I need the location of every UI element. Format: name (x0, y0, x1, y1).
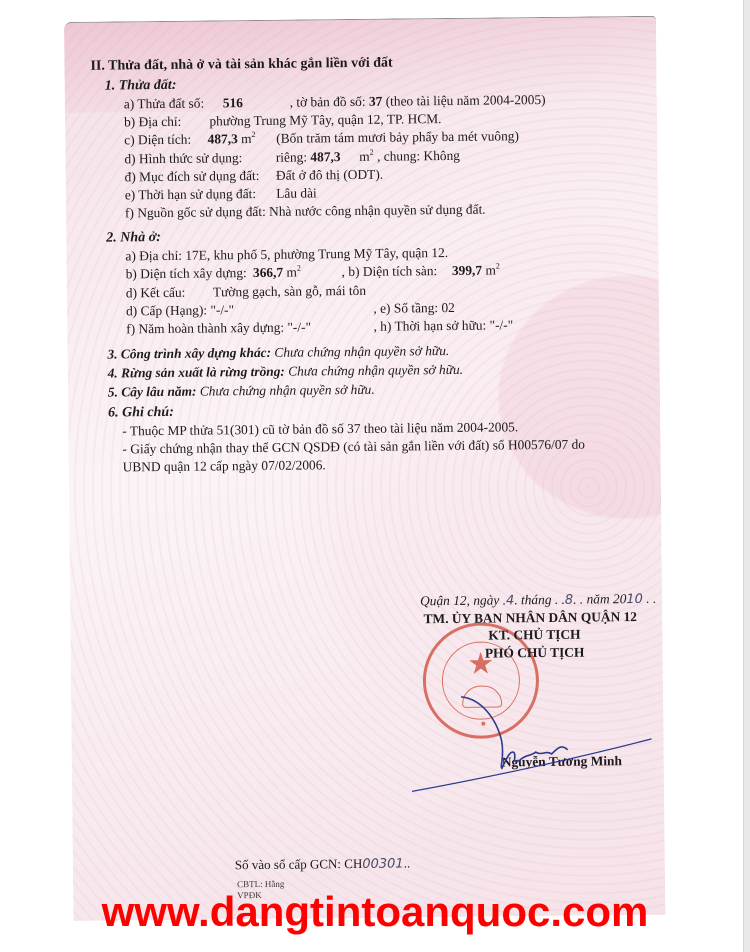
note-line-1: - Thuộc MP thửa 51(301) cũ tờ bản đồ số … (122, 419, 518, 439)
term-value: Lâu dài (276, 185, 317, 200)
purpose-value: Đất ở đô thị (ODT). (276, 167, 383, 183)
area-unit: m (241, 131, 252, 146)
perennial-trees-row: 5. Cây lâu năm: Chưa chứng nhận quyền sở… (108, 382, 375, 401)
land-parcel-row: a) Thửa đất số: 516 , tờ bản đồ số: 37 (… (124, 92, 546, 112)
signer-role-2: PHÓ CHỦ TỊCH (415, 644, 655, 663)
private-area-value: 487,3 (310, 149, 340, 164)
website-watermark: www.dangtintoanquoc.com (0, 888, 750, 936)
area-in-words: (Bốn trăm tám mươi bảy phẩy ba mét vuông… (276, 128, 519, 146)
map-sheet-label: , tờ bản đồ số: (290, 94, 366, 110)
origin-label: f) Nguồn gốc sử dụng đất: (125, 204, 266, 220)
land-origin-row: f) Nguồn gốc sử dụng đất: Nhà nước công … (125, 202, 486, 222)
floor-area-label: , b) Diện tích sàn: (342, 263, 438, 279)
structure-value: Tường gạch, sàn gỗ, mái tôn (213, 283, 366, 300)
land-heading: 1. Thửa đất: (105, 78, 177, 95)
area-label: c) Diện tích: (124, 132, 204, 149)
land-address-row: b) Địa chỉ: phường Trung Mỹ Tây, quận 12… (124, 111, 442, 130)
other-construction-value: Chưa chứng nhận quyền sở hữu. (274, 343, 449, 360)
notes-heading: 6. Ghi chú: (108, 405, 174, 422)
house-grade-row: d) Cấp (Hạng): "-/-" , e) Số tầng: 02 (126, 300, 455, 319)
floor-area-unit: m (485, 262, 496, 277)
registry-number-row: Số vào sổ cấp GCN: CH00301.. (235, 855, 410, 874)
structure-label: d) Kết cấu: (126, 284, 210, 301)
signer-role-1: KT. CHỦ TỊCH (414, 626, 654, 645)
land-area-row: c) Diện tích: 487,3 m2 (Bốn trăm tám mươ… (124, 128, 519, 148)
common-area: , chung: Không (377, 148, 460, 164)
usage-form-label: d) Hình thức sử dụng: (124, 150, 272, 168)
viewer-scrollbar[interactable] (743, 0, 750, 952)
address-label: b) Địa chỉ: (124, 114, 206, 131)
land-term-row: e) Thời hạn sử dụng đất: Lâu dài (125, 185, 317, 203)
area-value: 487,3 (208, 131, 238, 146)
build-area-unit: m (286, 265, 297, 280)
house-area-row: b) Diện tích xây dựng: 366,7 m2 , b) Diệ… (126, 262, 500, 282)
floors-text: , e) Số tầng: 02 (373, 300, 455, 316)
land-certificate-page: ★ II. Thửa đất, nhà ở và tài sản khác gắ… (64, 16, 665, 921)
land-purpose-row: đ) Mục đích sử dụng đất: Đất ở đô thị (O… (125, 167, 384, 186)
signature-stroke (401, 677, 662, 800)
forest-value: Chưa chứng nhận quyền sở hữu. (288, 362, 463, 379)
house-structure-row: d) Kết cấu: Tường gạch, sàn gỗ, mái tôn (126, 283, 366, 302)
forest-row: 4. Rừng sản xuất là rừng trồng: Chưa chứ… (108, 362, 464, 382)
grade-text: d) Cấp (Hạng): "-/-" (126, 301, 370, 320)
registry-number: 00301 (362, 856, 404, 871)
parcel-number: 516 (223, 95, 243, 110)
other-construction-label: 3. Công trình xây dựng khác: (107, 345, 271, 362)
build-area-label: b) Diện tích xây dựng: (126, 265, 250, 282)
private-label: riêng: (276, 149, 307, 164)
house-year-row: f) Năm hoàn thành xây dựng: "-/-" , h) T… (126, 317, 513, 337)
private-area-unit: m (359, 149, 370, 164)
forest-label: 4. Rừng sản xuất là rừng trồng: (108, 364, 285, 381)
section-title: II. Thửa đất, nhà ở và tài sản khác gắn … (90, 56, 392, 75)
completion-year-text: f) Năm hoàn thành xây dựng: "-/-" (126, 319, 370, 338)
term-label: e) Thời hạn sử dụng đất: (125, 186, 273, 204)
signing-date: Quận 12, ngày .4. tháng . .8. . năm 2010… (420, 591, 656, 610)
address-value: phường Trung Mỹ Tây, quận 12, TP. HCM. (209, 111, 441, 128)
house-heading: 2. Nhà ở: (106, 230, 161, 247)
perennial-trees-value: Chưa chứng nhận quyền sở hữu. (200, 382, 375, 399)
house-address-row: a) Địa chỉ: 17E, khu phố 5, phường Trung… (125, 245, 448, 264)
origin-value: Nhà nước công nhận quyền sử dụng đất. (269, 202, 486, 219)
registry-label: Số vào sổ cấp GCN: CH (235, 856, 363, 872)
floor-area-value: 399,7 (452, 263, 482, 278)
map-sheet-note: (theo tài liệu năm 2004-2005) (386, 92, 546, 109)
build-area-value: 366,7 (253, 265, 283, 280)
parcel-label: a) Thửa đất số: (124, 96, 204, 112)
other-construction-row: 3. Công trình xây dựng khác: Chưa chứng … (107, 343, 449, 363)
note-line-2: - Giấy chứng nhận thay thế GCN QSDĐ (có … (122, 437, 585, 458)
land-usage-form-row: d) Hình thức sử dụng: riêng: 487,3 m2 , … (124, 148, 460, 168)
ownership-term-text: , h) Thời hạn sở hữu: "-/-" (373, 317, 513, 333)
perennial-trees-label: 5. Cây lâu năm: (108, 384, 197, 400)
note-line-3: UBND quận 12 cấp ngày 07/02/2006. (123, 457, 326, 475)
issuing-authority: TM. ỦY BAN NHÂN DÂN QUẬN 12 (410, 609, 650, 628)
map-sheet-number: 37 (369, 94, 383, 109)
purpose-label: đ) Mục đích sử dụng đất: (125, 168, 273, 186)
handwritten-year: 10 (626, 592, 643, 607)
handwritten-month: 8 (565, 593, 573, 608)
